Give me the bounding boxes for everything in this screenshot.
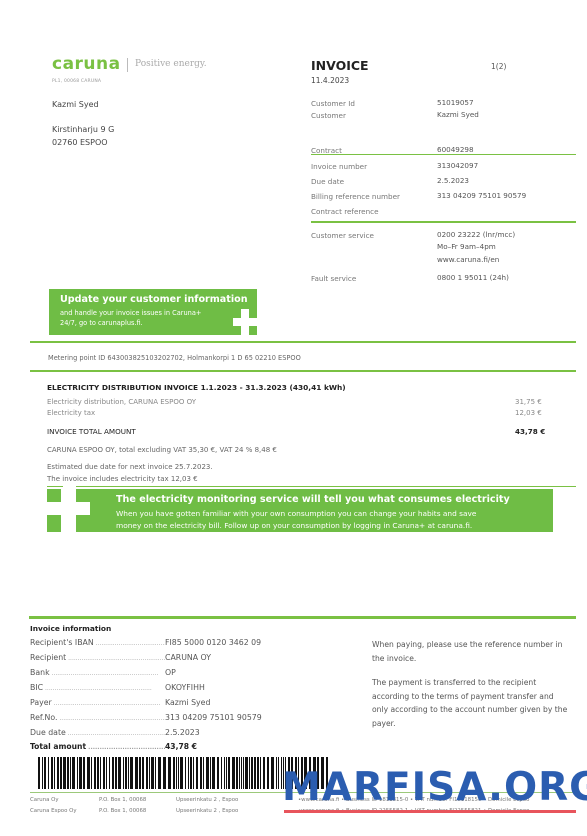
- line-item-amount: 12,03 €: [515, 409, 542, 417]
- payment-row: PayerKazmi Syed: [30, 698, 330, 713]
- vat-note: CARUNA ESPOO OY, total excluding VAT 35,…: [47, 446, 277, 454]
- distribution-title: ELECTRICITY DISTRIBUTION INVOICE 1.1.202…: [47, 383, 346, 392]
- metering-point: Metering point ID 643003825103202702, Ho…: [48, 354, 301, 362]
- tagline: Positive energy.: [135, 59, 207, 69]
- watermark-text: MARFISA.ORG: [282, 765, 587, 810]
- payment-row: Due date2.5.2023: [30, 728, 330, 742]
- billing-reference-label: Billing reference number: [311, 192, 400, 201]
- footer-company: Caruna Espoo Oy: [30, 808, 77, 814]
- footer-box: P.O. Box 1, 00068: [99, 797, 146, 803]
- sender-address-small: PL1, 00068 CARUNA: [52, 79, 101, 84]
- due-date-value: 2.5.2023: [437, 175, 469, 186]
- monitoring-title: The electricity monitoring service will …: [116, 494, 510, 505]
- monitoring-line1: When you have gotten familiar with your …: [116, 509, 476, 519]
- line-item-label: Electricity tax: [47, 409, 95, 417]
- logo-divider: [127, 58, 128, 72]
- divider-line: [30, 341, 576, 343]
- plus-icon: [47, 489, 90, 532]
- invoice-information-title: Invoice information: [30, 624, 111, 633]
- payment-row: Ref.No.313 04209 75101 90579: [30, 713, 330, 728]
- payment-row: Recipient's IBANFI85 5000 0120 3462 09: [30, 638, 330, 653]
- update-info-banner: Update your customer information and han…: [49, 289, 257, 335]
- payment-row: BankOP: [30, 668, 330, 683]
- divider-line: [311, 154, 576, 155]
- tax-note: The invoice includes electricity tax 12,…: [47, 475, 198, 483]
- monitoring-line2: money on the electricity bill. Follow up…: [116, 521, 472, 531]
- invoice-number-label: Invoice number: [311, 162, 367, 171]
- footer-street: Upseerinkatu 2 , Espoo: [176, 797, 238, 803]
- invoice-title: INVOICE: [311, 58, 369, 73]
- payment-total-row: Total amount43,78 €: [30, 742, 330, 756]
- footer-company: Caruna Oy: [30, 797, 59, 803]
- payment-reference-note: When paying, please use the reference nu…: [372, 638, 572, 665]
- update-info-line2: 24/7, go to carunaplus.fi.: [60, 318, 143, 328]
- due-date-label: Due date: [311, 177, 344, 186]
- divider-line: [311, 221, 576, 223]
- customer-service-phone: 0200 23222 (lnr/mcc): [437, 229, 515, 240]
- fault-service-value: 0800 1 95011 (24h): [437, 272, 509, 283]
- customer-id-label: Customer Id: [311, 99, 355, 108]
- footer-box: P.O. Box 1, 00068: [99, 808, 146, 814]
- customer-label: Customer: [311, 111, 346, 120]
- caruna-logo: caruna: [52, 54, 121, 74]
- update-info-title: Update your customer information: [60, 294, 248, 305]
- plus-icon: [233, 309, 257, 335]
- line-item-label: Electricity distribution, CARUNA ESPOO O…: [47, 398, 196, 406]
- monitoring-service-banner: The electricity monitoring service will …: [47, 489, 553, 532]
- divider-line: [30, 370, 576, 372]
- customer-value: Kazmi Syed: [437, 109, 479, 120]
- divider-line: [76, 486, 576, 487]
- divider-line: [47, 486, 63, 487]
- customer-service-label: Customer service: [311, 231, 374, 240]
- line-item-amount: 31,75 €: [515, 398, 542, 406]
- contract-reference-label: Contract reference: [311, 207, 379, 216]
- payment-transfer-note: The payment is transferred to the recipi…: [372, 676, 572, 730]
- footer-street: Upseerinkatu 2 , Espoo: [176, 808, 238, 814]
- invoice-total-amount: 43,78 €: [515, 427, 545, 436]
- page-number: 1(2): [491, 62, 506, 71]
- billing-reference-value: 313 04209 75101 90579: [437, 190, 526, 201]
- update-info-line1: and handle your invoice issues in Caruna…: [60, 308, 201, 318]
- fault-service-label: Fault service: [311, 274, 356, 283]
- payment-details: Recipient's IBANFI85 5000 0120 3462 09 R…: [30, 638, 330, 756]
- payment-row: BICOKOYFIHH: [30, 683, 330, 698]
- recipient-postal: 02760 ESPOO: [52, 137, 108, 149]
- invoice-date: 11.4.2023: [311, 76, 349, 85]
- customer-service-hours: Mo–Fr 9am–4pm: [437, 241, 496, 252]
- watermark-underline: [284, 810, 576, 813]
- invoice-number-value: 313042097: [437, 160, 478, 171]
- payment-row: RecipientCARUNA OY: [30, 653, 330, 668]
- invoice-total-label: INVOICE TOTAL AMOUNT: [47, 427, 136, 436]
- customer-id-value: 51019057: [437, 97, 474, 108]
- divider-line: [29, 616, 576, 619]
- next-invoice-note: Estimated due date for next invoice 25.7…: [47, 463, 213, 471]
- customer-service-url[interactable]: www.caruna.fi/en: [437, 254, 499, 265]
- recipient-name: Kazmi Syed: [52, 99, 99, 111]
- recipient-street: Kirstinharju 9 G: [52, 124, 114, 136]
